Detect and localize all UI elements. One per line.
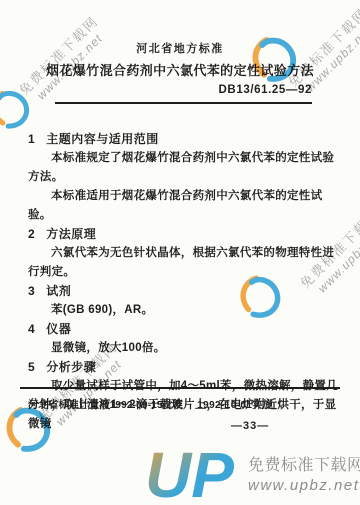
implementation-text: 1992-10-01实施 (197, 396, 273, 411)
section-heading-2: 2 方法原理 (28, 227, 342, 242)
paragraph: 显微镜，放大100倍。 (28, 339, 342, 358)
footer-divider (20, 387, 340, 389)
section-heading-5: 5 分析步骤 (28, 360, 342, 375)
section-number: 1 (28, 132, 35, 147)
section-heading-3: 3 试剂 (28, 284, 342, 299)
watermark-bottom-banner: 免费标准下载网 www.upbz.net (248, 452, 360, 494)
section-title: 分析步骤 (46, 360, 96, 375)
paragraph: 苯(GB 690)，AR。 (28, 301, 342, 320)
page-number: —33— (231, 420, 269, 432)
section-number: 3 (28, 284, 35, 299)
approval-text: 河北省标准计量局1992-09-15批准 (28, 396, 183, 411)
upbz-swoosh-icon (244, 28, 307, 91)
paragraph: 本标准规定了烟花爆竹混合药剂中六氯代苯的定性试验方法。 (28, 149, 342, 187)
scanned-standard-document-page: 河北省地方标准 烟花爆竹混合药剂中六氯代苯的定性试验方法 DB13/61.25—… (0, 0, 360, 505)
watermark-site-url: www.upbz.net (248, 477, 360, 494)
standard-category-label: 河北省地方标准 (136, 43, 224, 55)
footer: 河北省标准计量局1992-09-15批准 1992-10-01实施 (28, 396, 340, 411)
standard-number: DB13/61.25—92 (219, 84, 312, 96)
section-title: 主题内容与适用范围 (46, 132, 159, 147)
doc-header: 河北省地方标准 (0, 39, 360, 57)
watermark-site-name: 免费标准下载网 (248, 452, 360, 475)
paragraph: 本标准适用于烟花爆竹混合药剂中六氯代苯的定性试验。 (28, 187, 342, 225)
header-divider (55, 102, 312, 104)
paragraph: 六氯代苯为无色针状晶体，根据六氯代苯的物理特性进行判定。 (28, 244, 342, 282)
up-logo-text: UP (145, 439, 234, 505)
section-heading-1: 1 主题内容与适用范围 (28, 132, 342, 147)
section-title: 方法原理 (46, 227, 96, 242)
upbz-swoosh-icon (0, 81, 39, 137)
section-number: 2 (28, 227, 35, 242)
section-title: 仪器 (46, 322, 71, 337)
doc-title: 烟花爆竹混合药剂中六氯代苯的定性试验方法 (0, 60, 360, 79)
section-number: 4 (28, 322, 35, 337)
section-number: 5 (28, 360, 35, 375)
section-heading-4: 4 仪器 (28, 322, 342, 337)
up-logo-icon: UP (143, 437, 263, 505)
section-title: 试剂 (46, 284, 71, 299)
